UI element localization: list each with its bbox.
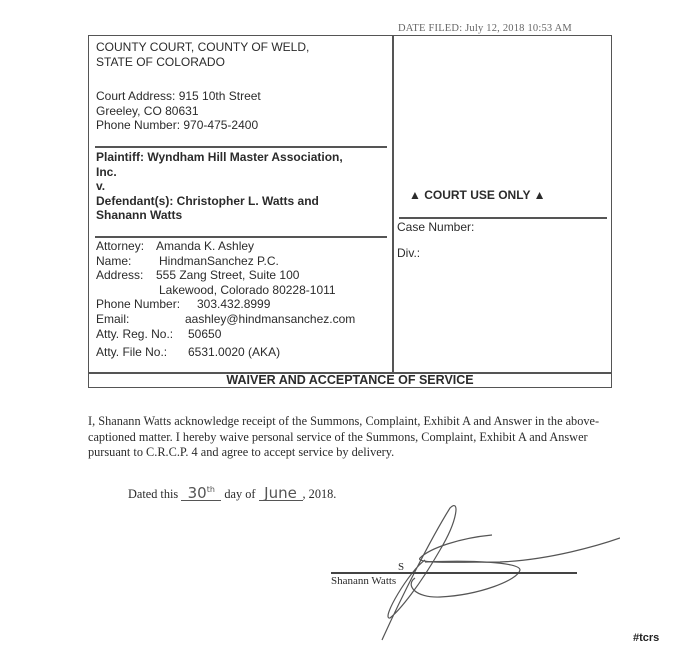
parties: Plaintiff: Wyndham Hill Master Associati… — [96, 150, 343, 223]
dated-mid: day of — [224, 487, 255, 501]
column-divider — [392, 36, 394, 372]
caption-box: COUNTY COURT, COUNTY OF WELD, STATE OF C… — [88, 35, 612, 388]
divider-line — [399, 217, 607, 219]
plaintiff: Inc. — [96, 165, 343, 180]
case-number-label: Case Number: — [397, 220, 474, 235]
plaintiff: Plaintiff: Wyndham Hill Master Associati… — [96, 150, 343, 165]
day-suffix: th — [207, 485, 215, 494]
file-value: 6531.0020 (AKA) — [188, 345, 280, 360]
defendants: Shanann Watts — [96, 208, 343, 223]
defendants: Defendant(s): Christopher L. Watts and — [96, 194, 343, 209]
email-value: aashley@hindmansanchez.com — [185, 312, 355, 327]
reg-label: Atty. Reg. No.: — [96, 327, 188, 342]
address-label: Address: — [96, 268, 156, 283]
dated-year: , 2018. — [303, 487, 337, 501]
court-line: STATE OF COLORADO — [96, 55, 309, 70]
court-address: Court Address: 915 10th Street Greeley, … — [96, 89, 261, 133]
date-filed-stamp: DATE FILED: July 12, 2018 10:53 AM — [398, 23, 572, 34]
attorney-info: Attorney:Amanda K. Ashley Name:HindmanSa… — [96, 239, 355, 359]
court-use-only: ▲ COURT USE ONLY ▲ — [409, 188, 545, 203]
dated-day: 30th — [181, 483, 221, 501]
dated-month: June — [259, 486, 303, 501]
divider-line — [95, 236, 387, 238]
versus: v. — [96, 179, 343, 194]
document-title: WAIVER AND ACCEPTANCE OF SERVICE — [89, 373, 611, 388]
email-label: Email: — [96, 312, 185, 327]
attorney-label: Attorney: — [96, 239, 156, 254]
signature-line — [331, 572, 577, 574]
dated-prefix: Dated this — [128, 487, 178, 501]
reg-value: 50650 — [188, 327, 221, 342]
address-value: Lakewood, Colorado 80228-1011 — [159, 283, 336, 298]
file-label: Atty. File No.: — [96, 345, 188, 360]
name-value: HindmanSanchez P.C. — [159, 254, 279, 269]
court-address-line: Court Address: 915 10th Street — [96, 89, 261, 104]
waiver-paragraph: I, Shanann Watts acknowledge receipt of … — [88, 414, 628, 461]
name-label: Name: — [96, 254, 159, 269]
phone-label: Phone Number: — [96, 297, 197, 312]
court-phone: Phone Number: 970-475-2400 — [96, 118, 261, 133]
day-number: 30 — [188, 484, 207, 502]
attorney-value: Amanda K. Ashley — [156, 239, 254, 254]
phone-value: 303.432.8999 — [197, 297, 270, 312]
court-line: COUNTY COURT, COUNTY OF WELD, — [96, 40, 309, 55]
signer-name: Shanann Watts — [331, 575, 396, 587]
court-name: COUNTY COURT, COUNTY OF WELD, STATE OF C… — [96, 40, 309, 69]
court-address-line: Greeley, CO 80631 — [96, 104, 261, 119]
dated-line: Dated this 30th day of June, 2018. — [128, 483, 336, 502]
divider-line — [95, 146, 387, 148]
address-value: 555 Zang Street, Suite 100 — [156, 268, 299, 283]
division-label: Div.: — [397, 246, 420, 261]
watermark: #tcrs — [633, 632, 659, 644]
